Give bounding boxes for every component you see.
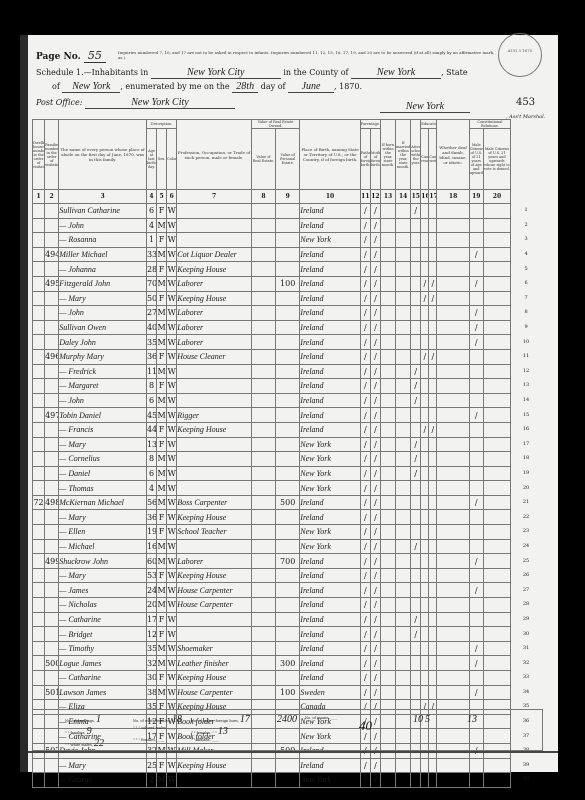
cell-defect: [437, 204, 469, 219]
cell-name: McKiernan Michael: [59, 495, 147, 510]
summary-foreign-females: " " females, " " 13: [191, 726, 228, 737]
stamp-text: AUG 3 1870: [508, 48, 533, 53]
table-row: 500Logue James32MWLeather finisher300Ire…: [33, 656, 542, 671]
cell-personal: [276, 598, 300, 613]
total-col11: 40: [359, 718, 372, 734]
cell-married: [396, 583, 411, 598]
cell-line: 14: [511, 393, 541, 408]
cell-sex: M: [157, 466, 167, 481]
cell-mother: /: [370, 554, 380, 569]
cell-sex: F: [157, 233, 167, 248]
cell-line: 26: [511, 568, 541, 583]
cell-age: 12: [146, 627, 156, 642]
cell-born: [380, 583, 395, 598]
cell-married: [396, 510, 411, 525]
cell-birthplace: Ireland: [300, 583, 361, 598]
cell-denied: [483, 568, 510, 583]
cell-personal: [276, 335, 300, 350]
cell-born: [380, 349, 395, 364]
cell-family: [45, 233, 59, 248]
cell-married: [396, 349, 411, 364]
foreign-females-label: " " females, " ": [191, 731, 217, 735]
table-row: — John6MWIreland///14: [33, 393, 542, 408]
cell-birthplace: Ireland: [300, 320, 361, 335]
cell-name: Sullivan Catharine: [59, 204, 147, 219]
cell-occupation: Keeping House: [177, 568, 252, 583]
cell-birthplace: Ireland: [300, 349, 361, 364]
cell-read: [421, 306, 429, 321]
cell-write: [429, 379, 437, 394]
cell-real: [251, 510, 275, 525]
cell-write: [429, 306, 437, 321]
header-c19: Male Citizens of U.S. of 21 years of age…: [469, 129, 483, 190]
cell-denied: [483, 349, 510, 364]
cell-sex: F: [157, 671, 167, 686]
cell-born: [380, 291, 395, 306]
cell-mother: /: [370, 437, 380, 452]
cell-read: [421, 612, 429, 627]
cell-line: 23: [511, 525, 541, 540]
cell-line: 16: [511, 422, 541, 437]
cell-married: [396, 379, 411, 394]
cell-birthplace: Ireland: [300, 612, 361, 627]
cell-family: [45, 306, 59, 321]
cell-family: [45, 671, 59, 686]
cell-born: [380, 671, 395, 686]
cell-father: /: [360, 393, 370, 408]
cell-dwelling: [33, 758, 45, 773]
cell-birthplace: Ireland: [300, 247, 361, 262]
cell-occupation: House Carpenter: [177, 598, 252, 613]
cell-citizen: [469, 466, 483, 481]
cell-line: 4: [511, 247, 541, 262]
page-number-value: 55: [84, 49, 106, 63]
colored-males-label: " " " colored males,: [133, 726, 167, 730]
cell-real: [251, 641, 275, 656]
cell-color: W: [167, 393, 177, 408]
cell-read: [421, 379, 429, 394]
post-office-label: Post Office:: [36, 98, 82, 107]
cell-name: — John: [59, 218, 147, 233]
cell-age: 50: [146, 291, 156, 306]
cell-line: 12: [511, 364, 541, 379]
cell-read: [421, 262, 429, 277]
cell-real: [251, 393, 275, 408]
cell-dwelling: [33, 262, 45, 277]
cell-born: [380, 306, 395, 321]
cell-father: /: [360, 408, 370, 423]
cell-dwelling: [33, 422, 45, 437]
cell-write: /: [429, 291, 437, 306]
cell-real: [251, 583, 275, 598]
cell-father: /: [360, 671, 370, 686]
cell-read: [421, 539, 429, 554]
cell-citizen: [469, 481, 483, 496]
cell-birthplace: New York: [300, 481, 361, 496]
cell-name: — Mary: [59, 758, 147, 773]
cell-age: 70: [146, 276, 156, 291]
cell-denied: [483, 262, 510, 277]
summary-white-males: " " white males, 22: [65, 738, 104, 749]
cell-father: /: [360, 641, 370, 656]
cell-married: [396, 291, 411, 306]
cell-name: Sullivan Owen: [59, 320, 147, 335]
cell-read: [421, 393, 429, 408]
cell-family: [45, 568, 59, 583]
cell-write: [429, 568, 437, 583]
cell-citizen: [469, 758, 483, 773]
cell-dwelling: [33, 320, 45, 335]
cell-citizen: [469, 218, 483, 233]
cell-defect: [437, 612, 469, 627]
cell-born: [380, 422, 395, 437]
cell-married: [396, 773, 411, 788]
cell-write: /: [429, 276, 437, 291]
cell-mother: /: [370, 349, 380, 364]
cell-name: — James: [59, 583, 147, 598]
cell-married: [396, 685, 411, 700]
cell-name: — John: [59, 393, 147, 408]
cell-dwelling: [33, 276, 45, 291]
cell-occupation: Boss Carpenter: [177, 495, 252, 510]
table-row: — Margaret8FWIreland///13: [33, 379, 542, 394]
cell-birthplace: Ireland: [300, 422, 361, 437]
total-col19: 13: [467, 714, 477, 725]
cell-defect: [437, 773, 469, 788]
cell-school: [411, 422, 421, 437]
cell-name: Shuckrow John: [59, 554, 147, 569]
cell-denied: [483, 758, 510, 773]
cell-father: /: [360, 481, 370, 496]
cell-birthplace: Ireland: [300, 554, 361, 569]
cell-birthplace: Sweden: [300, 685, 361, 700]
cell-real: [251, 379, 275, 394]
cell-personal: [276, 583, 300, 598]
cell-real: [251, 335, 275, 350]
table-row: 496Murphy Mary36FWHouse CleanerIreland//…: [33, 349, 542, 364]
cell-dwelling: [33, 612, 45, 627]
cell-dwelling: [33, 408, 45, 423]
schedule-line: Schedule 1.—Inhabitants in New York City…: [36, 67, 468, 79]
cell-real: [251, 262, 275, 277]
col-num: 15: [411, 190, 421, 204]
day-of-label: day of: [261, 82, 286, 91]
cell-defect: [437, 481, 469, 496]
cell-denied: [483, 306, 510, 321]
cell-personal: [276, 525, 300, 540]
cell-write: [429, 598, 437, 613]
cell-write: [429, 393, 437, 408]
cell-sex: M: [157, 276, 167, 291]
cell-denied: [483, 495, 510, 510]
cell-mother: /: [370, 408, 380, 423]
cell-color: W: [167, 612, 177, 627]
summary-dwellings: No. of dwellings, 1: [65, 714, 101, 725]
cell-born: [380, 204, 395, 219]
table-row: — Ellen19FWSchool TeacherNew York//23: [33, 525, 542, 540]
cell-age: 2: [146, 773, 156, 788]
cell-father: /: [360, 510, 370, 525]
cell-defect: [437, 364, 469, 379]
cell-name: — Francis: [59, 422, 147, 437]
cell-color: W: [167, 641, 177, 656]
header-c18: Whether deaf and dumb, blind, insane, or…: [437, 120, 469, 190]
cell-line: 11: [511, 349, 541, 364]
page-number-label: Page No.: [36, 52, 81, 62]
cell-denied: [483, 291, 510, 306]
cell-dwelling: [33, 554, 45, 569]
header-c10: Place of Birth, naming State or Territor…: [300, 120, 361, 190]
cell-age: 8: [146, 452, 156, 467]
cell-occupation: Leather finisher: [177, 656, 252, 671]
cell-defect: [437, 408, 469, 423]
cell-born: [380, 656, 395, 671]
cell-color: W: [167, 306, 177, 321]
cell-line: 28: [511, 598, 541, 613]
cell-name: — Mary: [59, 568, 147, 583]
cell-married: [396, 758, 411, 773]
cell-dwelling: [33, 291, 45, 306]
cell-birthplace: Ireland: [300, 204, 361, 219]
cell-family: [45, 452, 59, 467]
cell-dwelling: [33, 525, 45, 540]
cell-personal: 500: [276, 495, 300, 510]
cell-age: 36: [146, 510, 156, 525]
header-c20: Male Citizens of U.S. 21 years and upwar…: [483, 129, 510, 190]
cell-family: [45, 510, 59, 525]
cell-born: [380, 320, 395, 335]
cell-family: [45, 612, 59, 627]
cell-real: [251, 554, 275, 569]
cell-school: /: [411, 627, 421, 642]
cell-occupation: Keeping House: [177, 291, 252, 306]
cell-mother: /: [370, 291, 380, 306]
cell-name: Murphy Mary: [59, 349, 147, 364]
post-office-field: New York City: [85, 97, 235, 109]
table-row: — Fredrick11MWIreland///12: [33, 364, 542, 379]
cell-read: [421, 233, 429, 248]
col-num: 10: [300, 190, 361, 204]
cell-born: [380, 510, 395, 525]
census-rows: Sullivan Catharine6FWIreland///1— John4M…: [33, 204, 542, 788]
line-number-gutter: [511, 120, 541, 190]
cell-denied: [483, 641, 510, 656]
col-num: 12: [370, 190, 380, 204]
census-table: Dwelling-houses, numbered in the order o…: [32, 119, 541, 788]
cell-name: — Mary: [59, 291, 147, 306]
cell-school: /: [411, 393, 421, 408]
header-description: Description.: [146, 120, 176, 129]
marshal-place: New York: [380, 101, 470, 113]
cell-dwelling: [33, 685, 45, 700]
cell-mother: /: [370, 466, 380, 481]
cell-write: [429, 466, 437, 481]
table-row: — Daniel6MWNew York///19: [33, 466, 542, 481]
cell-color: W: [167, 364, 177, 379]
col-num: 6: [167, 190, 177, 204]
col-num: 8: [251, 190, 275, 204]
cell-family: [45, 758, 59, 773]
cell-father: /: [360, 466, 370, 481]
cell-birthplace: Ireland: [300, 758, 361, 773]
cell-dwelling: [33, 233, 45, 248]
cell-color: W: [167, 481, 177, 496]
cell-school: [411, 276, 421, 291]
cell-citizen: [469, 379, 483, 394]
cell-denied: [483, 656, 510, 671]
cell-line: 30: [511, 627, 541, 642]
cell-citizen: [469, 233, 483, 248]
cell-personal: [276, 627, 300, 642]
col-num: 17: [429, 190, 437, 204]
cell-defect: [437, 685, 469, 700]
cell-personal: [276, 422, 300, 437]
cell-sex: M: [157, 320, 167, 335]
bottom-rule: [28, 751, 558, 753]
cell-defect: [437, 627, 469, 642]
col-num: 2: [45, 190, 59, 204]
cell-occupation: [177, 466, 252, 481]
cell-father: /: [360, 218, 370, 233]
cell-defect: [437, 422, 469, 437]
cell-real: [251, 466, 275, 481]
county-label: in the County of: [283, 68, 348, 77]
table-row: — Bridget12FWIreland///30: [33, 627, 542, 642]
cell-line: 1: [511, 204, 541, 219]
cell-birthplace: New York: [300, 233, 361, 248]
cell-family: [45, 583, 59, 598]
cell-citizen: [469, 510, 483, 525]
cell-birthplace: New York: [300, 437, 361, 452]
cell-age: 53: [146, 568, 156, 583]
header-c3: The name of every person whose place of …: [59, 120, 147, 190]
cell-line: 20: [511, 481, 541, 496]
cell-name: — Catharine: [59, 671, 147, 686]
cell-occupation: Laborer: [177, 276, 252, 291]
cell-line: 32: [511, 656, 541, 671]
cell-citizen: [469, 437, 483, 452]
cell-sex: F: [157, 379, 167, 394]
cell-mother: /: [370, 452, 380, 467]
instructions-text: Inquiries numbered 7, 16, and 17 are not…: [118, 50, 498, 60]
cell-denied: [483, 466, 510, 481]
cell-read: [421, 247, 429, 262]
cell-father: /: [360, 685, 370, 700]
cell-born: [380, 525, 395, 540]
cell-age: 60: [146, 554, 156, 569]
summary-indians: " " Indians, ____: [191, 738, 219, 742]
cell-father: /: [360, 656, 370, 671]
cell-family: 501: [45, 685, 59, 700]
cell-family: [45, 641, 59, 656]
cell-family: [45, 320, 59, 335]
cell-school: [411, 218, 421, 233]
cell-father: /: [360, 364, 370, 379]
cell-sex: M: [157, 554, 167, 569]
cell-defect: [437, 466, 469, 481]
cell-denied: [483, 598, 510, 613]
post-office-line: Post Office: New York City: [36, 97, 235, 109]
cell-mother: /: [370, 320, 380, 335]
cell-write: /: [429, 349, 437, 364]
cell-defect: [437, 233, 469, 248]
cell-defect: [437, 525, 469, 540]
cell-family: [45, 393, 59, 408]
cell-read: [421, 320, 429, 335]
cell-occupation: House Carpenter: [177, 685, 252, 700]
summary-white-females: No. of white females, 18: [133, 714, 182, 725]
cell-read: [421, 510, 429, 525]
cell-dwelling: [33, 481, 45, 496]
header-c13: If born within the year, state month.: [380, 120, 395, 190]
cell-birthplace: New York: [300, 525, 361, 540]
cell-personal: [276, 349, 300, 364]
cell-school: [411, 247, 421, 262]
cell-read: [421, 335, 429, 350]
cell-color: W: [167, 262, 177, 277]
cell-age: 8: [146, 379, 156, 394]
cell-personal: [276, 466, 300, 481]
cell-real: [251, 773, 275, 788]
cell-citizen: /: [469, 641, 483, 656]
cell-citizen: [469, 291, 483, 306]
cell-real: [251, 218, 275, 233]
cell-name: — Rosanna: [59, 233, 147, 248]
cell-family: [45, 204, 59, 219]
cell-personal: [276, 393, 300, 408]
cell-real: [251, 671, 275, 686]
cell-name: — Fredrick: [59, 364, 147, 379]
cell-mother: /: [370, 641, 380, 656]
cell-dwelling: [33, 598, 45, 613]
cell-married: [396, 568, 411, 583]
cell-family: [45, 481, 59, 496]
cell-denied: [483, 671, 510, 686]
cell-read: [421, 627, 429, 642]
cell-age: 40: [146, 320, 156, 335]
cell-age: 4: [146, 481, 156, 496]
cell-school: [411, 233, 421, 248]
cell-occupation: Laborer: [177, 320, 252, 335]
summary-colored-females: " " " females, ____: [133, 738, 164, 742]
table-row: — Cornelius8MWNew York///18: [33, 452, 542, 467]
cell-name: Fitzgerald John: [59, 276, 147, 291]
cell-born: [380, 554, 395, 569]
cell-sex: F: [157, 349, 167, 364]
cell-birthplace: Ireland: [300, 641, 361, 656]
cell-family: [45, 291, 59, 306]
cell-born: [380, 233, 395, 248]
cell-color: W: [167, 758, 177, 773]
cell-school: /: [411, 452, 421, 467]
header-c2: Families, numbered in the order of visit…: [45, 120, 59, 190]
cell-age: 27: [146, 306, 156, 321]
cell-read: [421, 583, 429, 598]
foreign-males-label: No. of males, foreign born,: [191, 719, 239, 723]
cell-father: /: [360, 758, 370, 773]
cell-defect: [437, 247, 469, 262]
cell-mother: /: [370, 510, 380, 525]
families-value: 9: [87, 726, 92, 737]
table-row: Sullivan Owen40MWLaborerIreland///9: [33, 320, 542, 335]
cell-school: [411, 510, 421, 525]
cell-father: /: [360, 773, 370, 788]
cell-occupation: Keeping House: [177, 758, 252, 773]
cell-defect: [437, 598, 469, 613]
cell-father: /: [360, 554, 370, 569]
cell-age: 6: [146, 393, 156, 408]
cell-line: 31: [511, 641, 541, 656]
